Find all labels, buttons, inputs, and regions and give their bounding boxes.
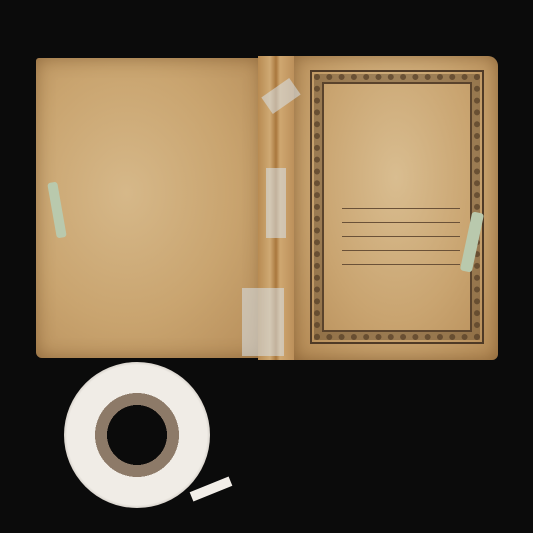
folder-right-cover (294, 56, 498, 360)
label-line (342, 236, 460, 237)
repair-tape (266, 168, 286, 238)
inner-border (322, 82, 472, 332)
label-line (342, 264, 460, 265)
folder-left-cover (36, 58, 262, 358)
label-line (342, 208, 460, 209)
old-folder (36, 56, 498, 360)
repair-tape (242, 288, 284, 356)
decorative-border-frame (310, 70, 484, 344)
tape-roll (64, 362, 210, 508)
tape-roll-end (190, 476, 233, 501)
label-line (342, 222, 460, 223)
photo-scene (0, 0, 533, 533)
label-line (342, 250, 460, 251)
